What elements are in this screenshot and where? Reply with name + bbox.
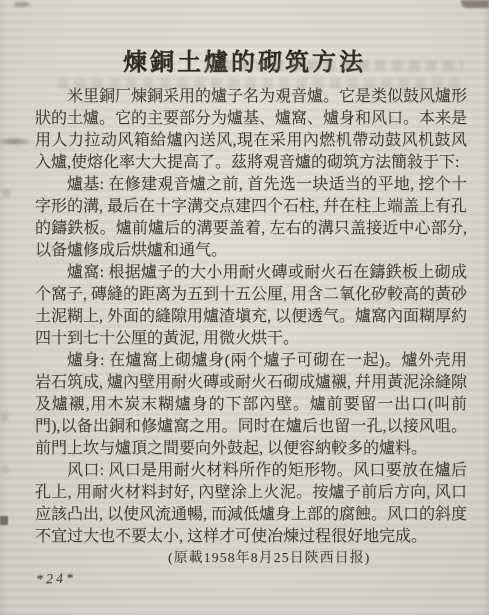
page-number: *24* (36, 571, 77, 588)
paragraph-intro: 米里銅厂煉銅采用的爐子名为覌音爐。它是类似鼓风爐形狀的土爐。它的主要部分为爐基、… (35, 86, 467, 174)
paragraph-furnace-nest: 爐窩: 根据爐子的大小用耐火磚或耐火石在鑄鉄板上砌成个窩子, 磚縫的距离为五到十… (35, 262, 467, 350)
scan-smudge (14, 2, 30, 7)
paper-edge-right (483, 0, 489, 615)
paragraph-tuyere: 风口: 风口是用耐火材料所作的矩形物。风口要放在爐后孔上, 用耐火材料封好, 內… (35, 460, 467, 548)
paper-edge-left (0, 0, 7, 615)
source-citation: (原載1958年8月25日陝西日报) (168, 547, 370, 567)
article-body: 米里銅厂煉銅采用的爐子名为覌音爐。它是类似鼓风爐形狀的土爐。它的主要部分为爐基、… (35, 86, 467, 548)
paragraph-furnace-base: 爐基: 在修建覌音爐之前, 首先选一块适当的平地, 挖个十字形的溝, 最后在十字… (35, 174, 467, 262)
bleedthrough-artifact (205, 60, 463, 71)
paragraph-furnace-body: 爐身: 在爐窩上砌爐身(兩个爐子可砌在一起)。爐外壳用岩石筑成, 爐內壁用耐火磚… (35, 350, 467, 460)
scanned-page: 煉銅土爐的砌筑方法 米里銅厂煉銅采用的爐子名为覌音爐。它是类似鼓风爐形狀的土爐。… (0, 0, 489, 615)
